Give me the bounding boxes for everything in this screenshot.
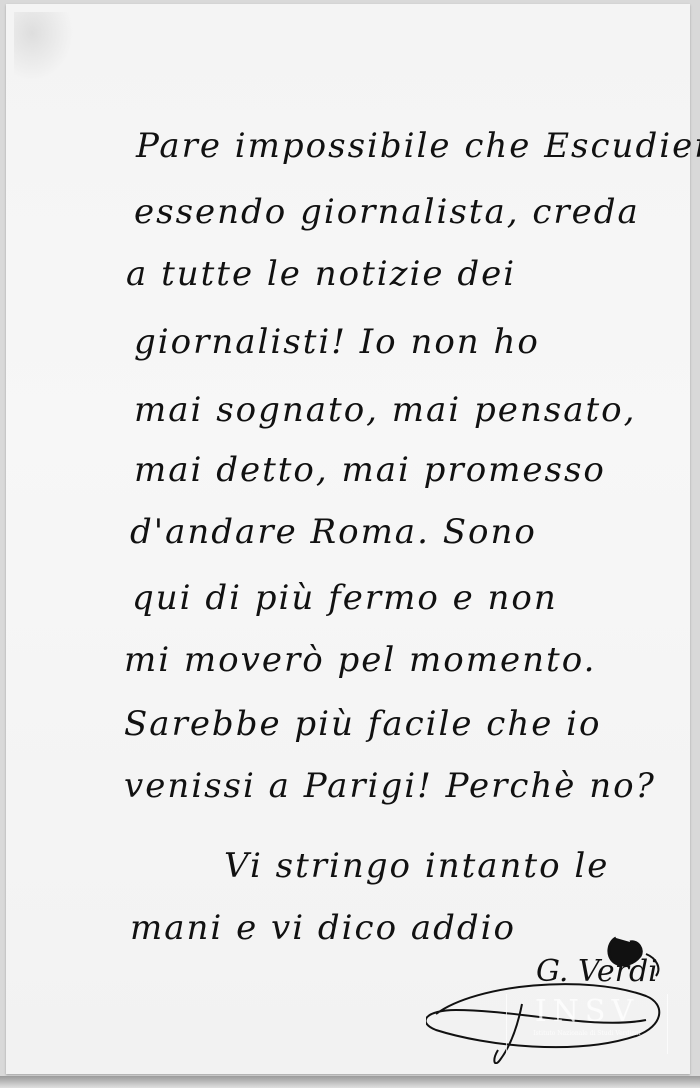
letter-line-2: essendo giornalista, creda <box>134 192 640 232</box>
letter-line-10: Sarebbe più facile che io <box>124 704 602 744</box>
watermark-caption: Istituto Nazionale di Studi Verdiani <box>507 1030 667 1038</box>
letter-line-11: venissi a Parigi! Perchè no? <box>124 766 656 806</box>
watermark: INSV Istituto Nazionale di Studi Verdian… <box>506 994 668 1054</box>
letter-line-5: mai sognato, mai pensato, <box>134 390 636 430</box>
letter-line-12: Vi stringo intanto le <box>224 846 609 886</box>
letter-line-3: a tutte le notizie dei <box>126 254 516 294</box>
paper-stain <box>14 12 74 82</box>
letter-line-7: d'andare Roma. Sono <box>130 512 537 552</box>
letter-line-8: qui di più fermo e non <box>132 578 558 618</box>
page-bottom-edge <box>0 1076 700 1088</box>
letter-page: Pare impossibile che Escudier essendo gi… <box>6 4 690 1074</box>
letter-line-6: mai detto, mai promesso <box>134 450 606 490</box>
watermark-logo: INSV <box>507 994 667 1030</box>
letter-line-1: Pare impossibile che Escudier <box>136 126 700 166</box>
letter-line-4: giornalisti! Io non ho <box>134 322 540 362</box>
letter-line-9: mi moverò pel momento. <box>124 640 596 680</box>
signature-name: G. Verdi <box>536 954 658 989</box>
